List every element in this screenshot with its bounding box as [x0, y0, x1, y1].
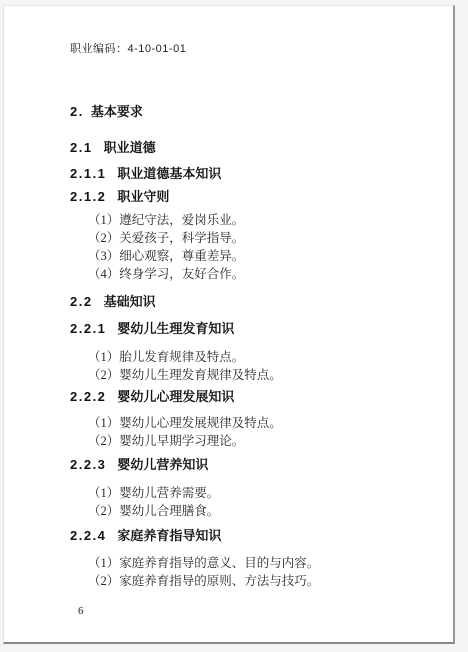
item-group-2-1-2: （1）遵纪守法，爱岗乐业。 （2）关爱孩子，科学指导。 （3）细心观察，尊重差异… — [88, 211, 453, 283]
item-group-2-2-1: （1）胎儿发育规律及特点。 （2）婴幼儿生理发育规律及特点。 — [88, 348, 453, 384]
item-group-2-2-4: （1）家庭养育指导的意义、目的与内容。 （2）家庭养育指导的原则、方法与技巧。 — [88, 554, 453, 590]
section-number: 2.1.1 — [70, 166, 106, 181]
section-number: 2.2.1 — [70, 321, 106, 336]
knowledge-item: （2）家庭养育指导的原则、方法与技巧。 — [88, 572, 453, 590]
section-heading-2-2-3: 2.2.3婴幼儿营养知识 — [70, 457, 453, 473]
section-title: 婴幼儿生理发育知识 — [117, 321, 234, 336]
knowledge-item: （1）胎儿发育规律及特点。 — [88, 348, 453, 366]
knowledge-item: （1）婴幼儿心理发展规律及特点。 — [88, 414, 453, 432]
section-number: 2.2.3 — [70, 457, 106, 472]
chapter-number: 2. — [70, 104, 84, 119]
chapter-title: 基本要求 — [91, 104, 143, 119]
section-heading-2-2-4: 2.2.4家庭养育指导知识 — [70, 528, 453, 544]
section-title: 基础知识 — [104, 294, 156, 309]
section-number: 2.2 — [70, 294, 93, 309]
item-group-2-2-2: （1）婴幼儿心理发展规律及特点。 （2）婴幼儿早期学习理论。 — [88, 414, 453, 450]
section-number: 2.2.4 — [70, 528, 106, 543]
knowledge-item: （1）婴幼儿营养需要。 — [88, 484, 453, 502]
section-title: 职业守则 — [117, 189, 169, 204]
knowledge-item: （2）婴幼儿合理膳食。 — [88, 502, 453, 520]
section-heading-2-2-2: 2.2.2婴幼儿心理发展知识 — [70, 389, 453, 405]
knowledge-item: （4）终身学习，友好合作。 — [88, 265, 453, 283]
section-heading-2-2: 2.2基础知识 — [70, 294, 453, 310]
item-group-2-2-3: （1）婴幼儿营养需要。 （2）婴幼儿合理膳食。 — [88, 484, 453, 520]
knowledge-item: （2）婴幼儿生理发育规律及特点。 — [88, 366, 453, 384]
section-number: 2.2.2 — [70, 389, 106, 404]
knowledge-item: （1）家庭养育指导的意义、目的与内容。 — [88, 554, 453, 572]
section-heading-2-2-1: 2.2.1婴幼儿生理发育知识 — [70, 321, 453, 337]
section-heading-2-1-2: 2.1.2职业守则 — [70, 189, 453, 205]
occupation-code-header: 职业编码：4-10-01-01 — [70, 42, 453, 57]
knowledge-item: （3）细心观察，尊重差异。 — [88, 247, 453, 265]
section-heading-2-1: 2.1职业道德 — [70, 140, 453, 156]
document-page: 职业编码：4-10-01-01 2.基本要求 2.1职业道德 2.1.1职业道德… — [3, 5, 455, 644]
section-title: 职业道德 — [104, 140, 156, 155]
section-number: 2.1 — [70, 140, 93, 155]
section-title: 家庭养育指导知识 — [117, 528, 221, 543]
section-title: 婴幼儿心理发展知识 — [117, 389, 234, 404]
knowledge-item: （2）关爱孩子，科学指导。 — [88, 229, 453, 247]
knowledge-item: （2）婴幼儿早期学习理论。 — [88, 432, 453, 450]
chapter-heading: 2.基本要求 — [70, 104, 453, 120]
document-viewer-background: 职业编码：4-10-01-01 2.基本要求 2.1职业道德 2.1.1职业道德… — [0, 0, 468, 652]
knowledge-item: （1）遵纪守法，爱岗乐业。 — [88, 211, 453, 229]
section-number: 2.1.2 — [70, 189, 106, 204]
section-title: 职业道德基本知识 — [117, 166, 221, 181]
section-heading-2-1-1: 2.1.1职业道德基本知识 — [70, 166, 453, 182]
section-title: 婴幼儿营养知识 — [117, 457, 208, 472]
page-number: 6 — [78, 604, 453, 618]
